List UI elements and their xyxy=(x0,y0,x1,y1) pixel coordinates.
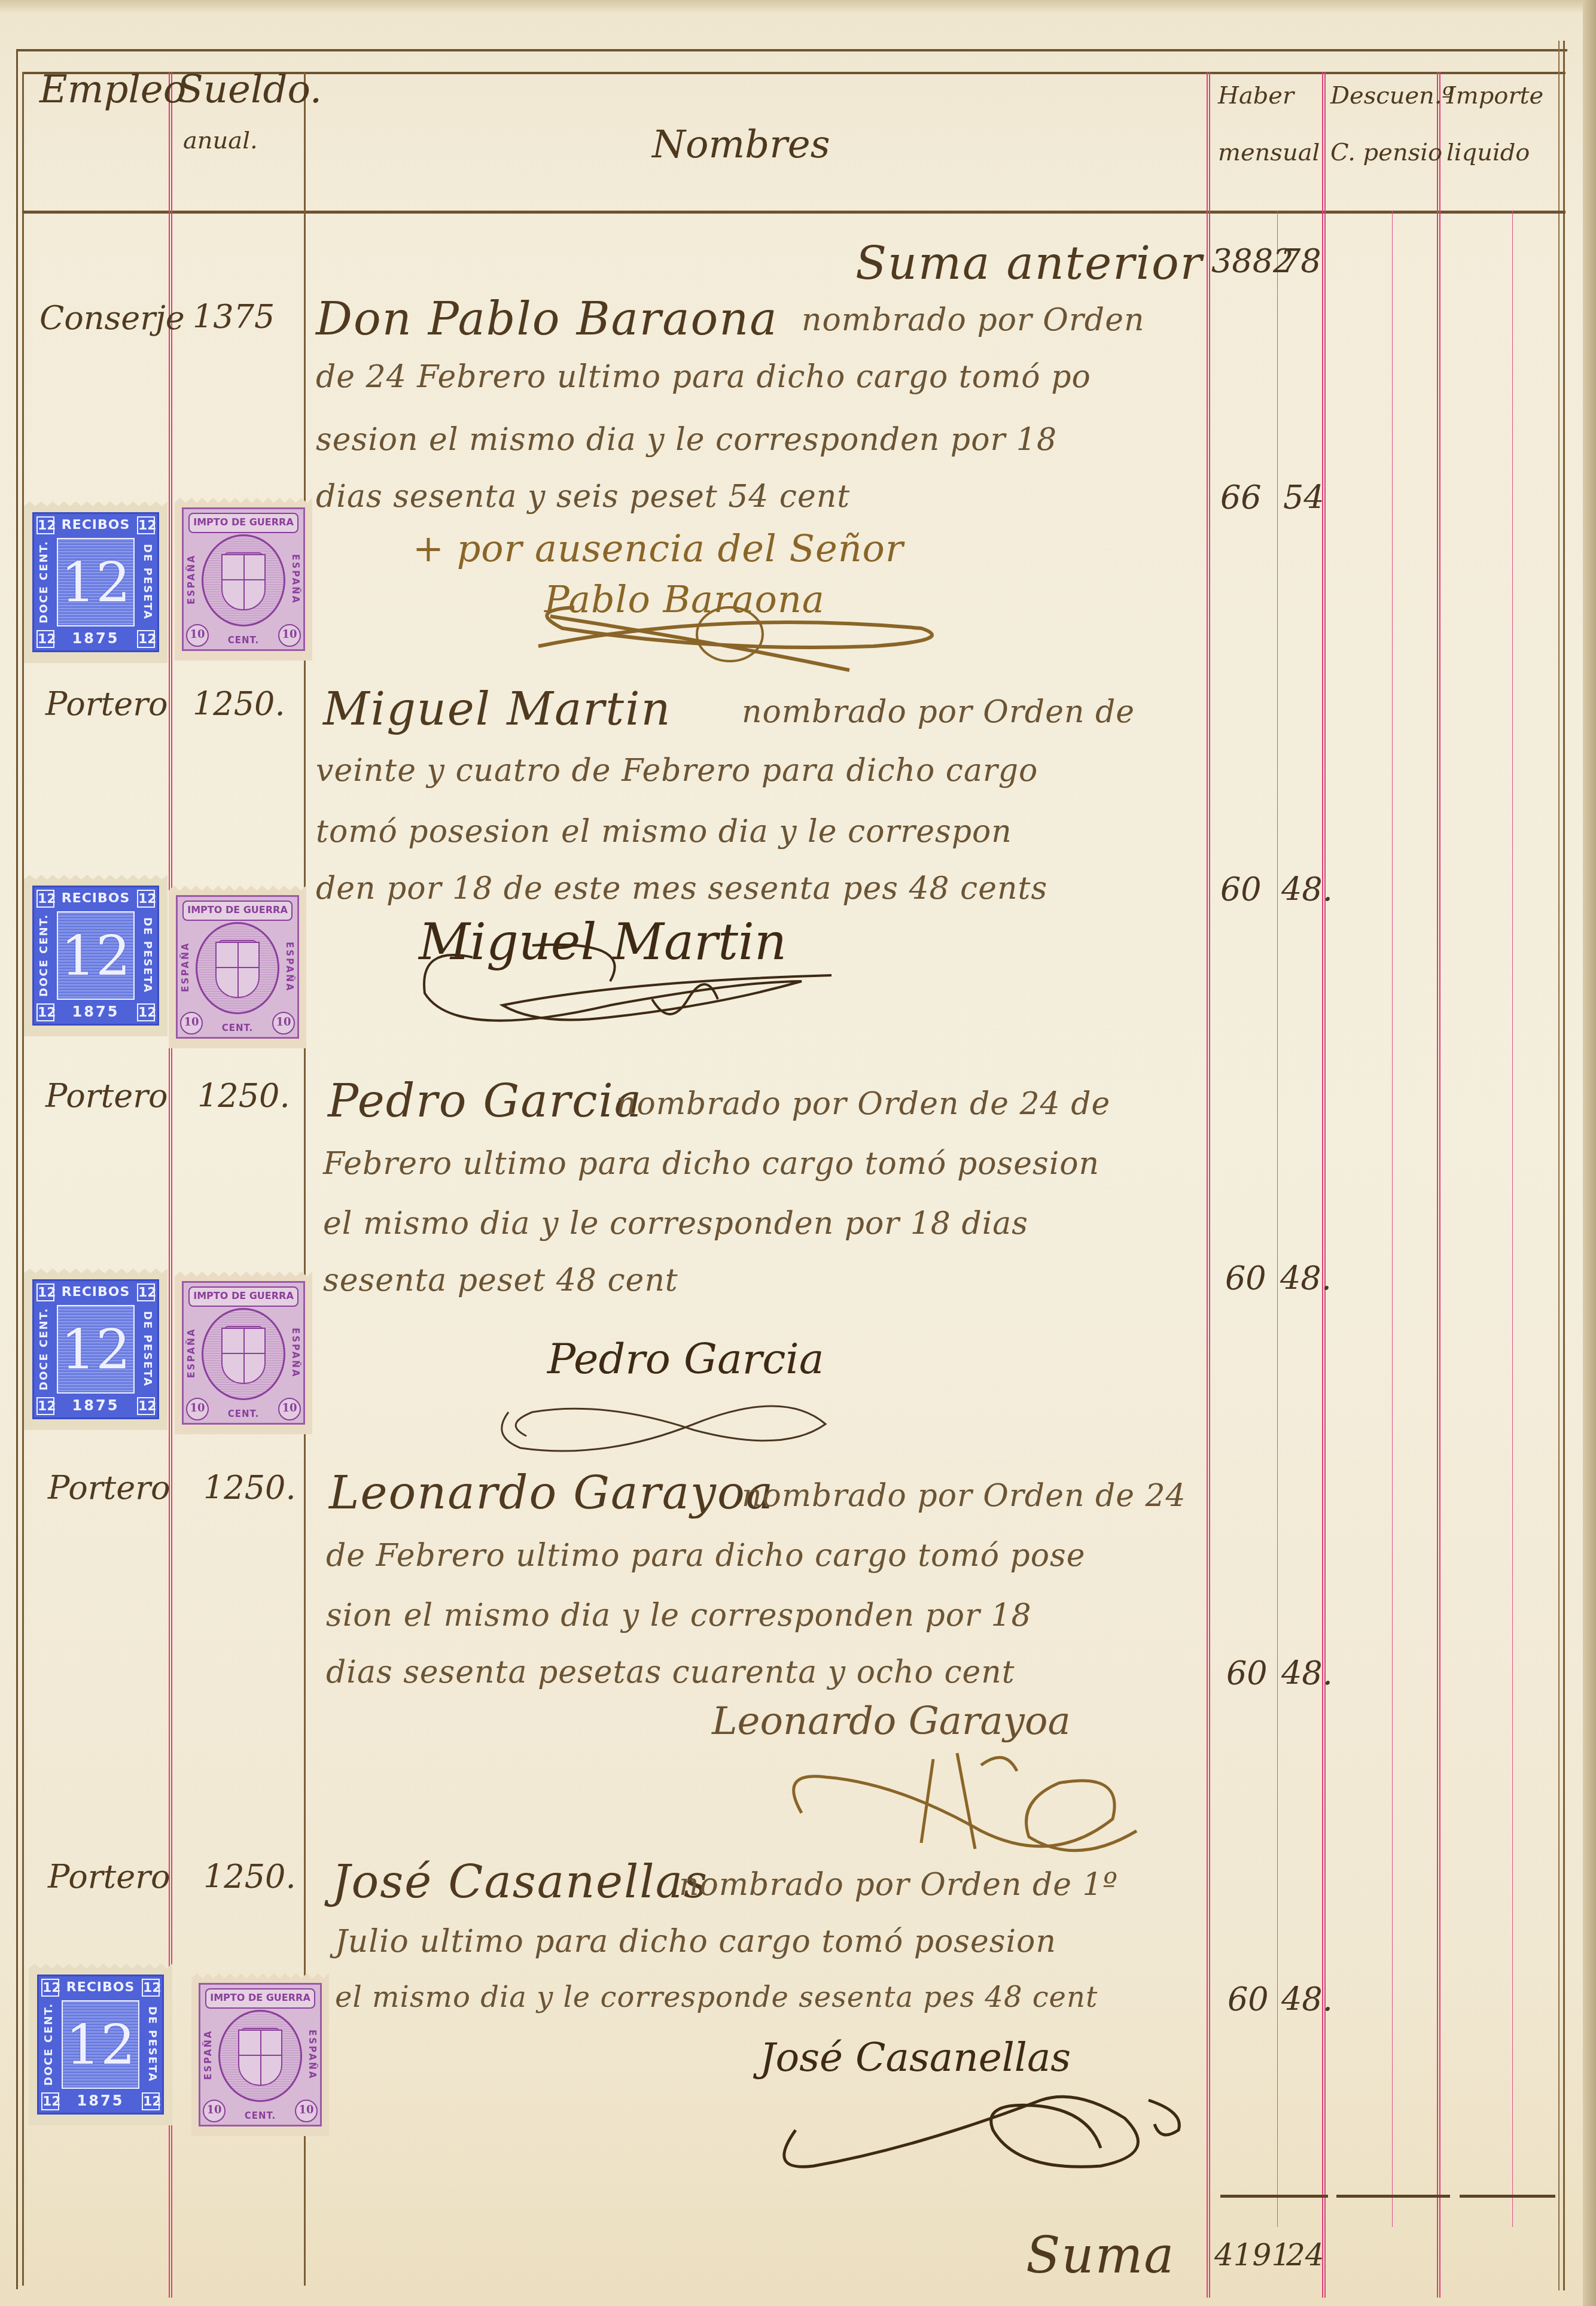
entry-text: Julio ultimo para dicho cargo tomó poses… xyxy=(335,1924,1056,1960)
header-sueldo: Sueldo. xyxy=(177,71,322,109)
entry-text: Febrero ultimo para dicho cargo tomó pos… xyxy=(323,1146,1099,1182)
signature: Leonardo Garayoa xyxy=(712,1699,1071,1744)
ledger-right-rule-inner xyxy=(1558,41,1560,2290)
entry-text: nombrado por Orden de 1º xyxy=(679,1867,1118,1903)
entry-name: José Casanellas xyxy=(332,1855,708,1908)
entry-haber-pesetas: 60 xyxy=(1225,1260,1266,1297)
entry-haber-cents: 48. xyxy=(1281,1981,1333,2018)
entry-text: nombrado por Orden de xyxy=(742,694,1135,730)
entry-text: dias sesenta y seis peset 54 cent xyxy=(316,479,850,515)
entry-sueldo: 1250. xyxy=(203,1469,296,1507)
header-nombres: Nombres xyxy=(652,126,830,164)
column-rule-sueldo xyxy=(304,72,306,2286)
war-tax-stamp: IMPTO DE GUERRA ESPAÑA ESPAÑA 10 10 CENT… xyxy=(175,498,312,661)
war-tax-stamp: IMPTO DE GUERRA ESPAÑA ESPAÑA 10 10 CENT… xyxy=(191,1973,329,2136)
column-rule-haber-b xyxy=(1324,72,1326,2298)
column-rule-desc-cents xyxy=(1392,211,1393,2227)
entry-haber-pesetas: 66 xyxy=(1220,479,1262,516)
entry-name: Pedro Garcia xyxy=(328,1074,642,1127)
entry-haber-cents: 48. xyxy=(1281,871,1333,908)
entry-empleo: Conserje xyxy=(39,299,185,337)
total-rule-haber xyxy=(1220,2195,1328,2198)
entry-text: sion el mismo dia y le corresponden por … xyxy=(326,1598,1032,1633)
header-importe: Importe xyxy=(1446,84,1543,108)
ledger-left-rule xyxy=(22,72,24,2286)
entry-text: de Febrero ultimo para dicho cargo tomó … xyxy=(326,1538,1086,1574)
entry-haber-cents: 48. xyxy=(1280,1260,1332,1297)
coat-of-arms-icon xyxy=(215,942,260,998)
entry-empleo: Portero xyxy=(45,685,167,723)
signature: Pedro Garcia xyxy=(547,1334,824,1383)
suma-anterior-cents: 78 xyxy=(1280,242,1321,280)
column-rule-nombres-b xyxy=(1209,72,1210,2298)
revenue-stamp-recibos: 1212 1212 RECIBOS DOCE CENT. DE PESETA 1… xyxy=(24,501,167,663)
column-rule-imp-cents xyxy=(1512,211,1513,2227)
entry-text: sesenta peset 48 cent xyxy=(323,1262,678,1298)
revenue-stamp-recibos: 1212 1212 RECIBOS DOCE CENT. DE PESETA 1… xyxy=(29,1964,172,2125)
suma-pesetas: 4191 xyxy=(1214,2238,1290,2272)
entry-text: el mismo dia y le corresponden por 18 di… xyxy=(323,1206,1028,1242)
header-haber-mensual: mensual xyxy=(1218,141,1320,165)
entry-text: tomó posesion el mismo dia y le correspo… xyxy=(316,814,1012,850)
entry-text: veinte y cuatro de Febrero para dicho ca… xyxy=(316,753,1038,789)
total-rule-descuento xyxy=(1336,2195,1450,2198)
total-rule-importe xyxy=(1460,2195,1555,2198)
column-rule-haber-cents xyxy=(1277,211,1278,2227)
coat-of-arms-icon xyxy=(221,554,266,610)
header-descuento: Descuen.º xyxy=(1330,84,1453,108)
paper-right-edge xyxy=(1583,0,1596,2306)
suma-anterior-label: Suma anterior xyxy=(855,236,1203,290)
entry-empleo: Portero xyxy=(45,1077,167,1115)
suma-cents: 24 xyxy=(1286,2238,1324,2272)
entry-note: + por ausencia del Señor xyxy=(413,527,904,570)
entry-haber-cents: 54 xyxy=(1283,479,1324,516)
entry-text: den por 18 de este mes sesenta pes 48 ce… xyxy=(316,871,1047,906)
entry-haber-cents: 48. xyxy=(1281,1654,1333,1692)
paper-top-edge xyxy=(0,0,1596,13)
ledger-right-rule xyxy=(1563,41,1565,2290)
war-tax-stamp: IMPTO DE GUERRA ESPAÑA ESPAÑA 10 10 CENT… xyxy=(175,1271,312,1434)
header-divider xyxy=(22,211,1565,214)
war-tax-stamp: IMPTO DE GUERRA ESPAÑA ESPAÑA 10 10 CENT… xyxy=(169,886,306,1048)
entry-text: dias sesenta pesetas cuarenta y ocho cen… xyxy=(326,1654,1015,1690)
column-rule-empleo xyxy=(169,72,170,2298)
coat-of-arms-icon xyxy=(221,1328,266,1384)
entry-text: sesion el mismo dia y le corresponden po… xyxy=(316,422,1057,458)
entry-haber-pesetas: 60 xyxy=(1220,871,1262,908)
column-rule-haber xyxy=(1322,72,1323,2298)
column-rule-descuento-b xyxy=(1439,72,1440,2298)
entry-text: nombrado por Orden de 24 xyxy=(742,1478,1186,1514)
entry-sueldo: 1250. xyxy=(193,685,285,723)
entry-empleo: Portero xyxy=(48,1858,170,1896)
coat-of-arms-icon xyxy=(238,2030,282,2086)
entry-name: Miguel Martin xyxy=(323,682,671,735)
entry-name: Don Pablo Baraona xyxy=(316,292,778,345)
header-sueldo-anual: anual. xyxy=(183,129,258,153)
revenue-stamp-recibos: 1212 1212 RECIBOS DOCE CENT. DE PESETA 1… xyxy=(24,875,167,1036)
revenue-stamp-recibos: 1212 1212 RECIBOS DOCE CENT. DE PESETA 1… xyxy=(24,1268,167,1430)
entry-text: nombrado por Orden de 24 de xyxy=(616,1086,1110,1122)
entry-empleo: Portero xyxy=(48,1469,170,1507)
entry-haber-pesetas: 60 xyxy=(1226,1654,1268,1692)
entry-name: Leonardo Garayoa xyxy=(329,1466,774,1519)
column-rule-nombres xyxy=(1207,72,1208,2298)
entry-haber-pesetas: 60 xyxy=(1228,1981,1269,2018)
signature: José Casanellas xyxy=(760,2034,1071,2080)
suma-label: Suma xyxy=(1026,2226,1175,2284)
entry-sueldo: 1375 xyxy=(193,298,275,336)
column-rule-empleo-b xyxy=(171,72,172,2298)
entry-text: nombrado por Orden xyxy=(802,302,1144,338)
header-haber: Haber xyxy=(1218,84,1294,108)
entry-sueldo: 1250. xyxy=(203,1858,296,1896)
header-importe-liquido: liquido xyxy=(1446,141,1530,165)
entry-sueldo: 1250. xyxy=(197,1077,290,1115)
entry-text: el mismo dia y le corresponde sesenta pe… xyxy=(335,1981,1098,2014)
header-empleo: Empleo xyxy=(39,71,186,109)
column-rule-descuento xyxy=(1437,72,1438,2298)
header-descuento-pension: C. pensio xyxy=(1330,141,1442,165)
entry-text: de 24 Febrero ultimo para dicho cargo to… xyxy=(316,359,1091,395)
